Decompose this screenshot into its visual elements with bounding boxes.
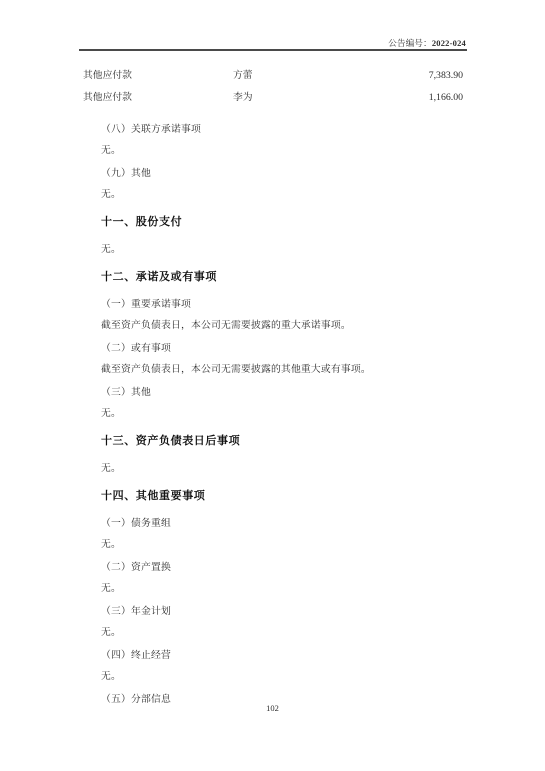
paragraph: 无。 xyxy=(101,534,481,555)
payable-item-cell: 其他应付款 xyxy=(83,65,233,87)
sub-heading: （三）其他 xyxy=(101,382,481,403)
paragraph: 无。 xyxy=(101,239,481,260)
header-rule xyxy=(79,49,467,51)
page-number: 102 xyxy=(0,703,545,713)
table-row: 其他应付款 方蕾 7,383.90 xyxy=(83,65,463,87)
payable-amount-cell: 7,383.90 xyxy=(383,65,463,87)
announcement-number: 公告编号：2022-024 xyxy=(388,37,466,49)
paragraph: 无。 xyxy=(101,458,481,479)
payable-person-cell: 方蕾 xyxy=(233,65,383,87)
sub-heading: （四）终止经营 xyxy=(101,645,481,666)
sub-heading: （三）年金计划 xyxy=(101,601,481,622)
sub-heading: （九）其他 xyxy=(101,163,481,184)
paragraph: 无。 xyxy=(101,140,481,161)
announcement-number-value: 2022-024 xyxy=(432,38,466,48)
payable-person-cell: 李为 xyxy=(233,87,383,109)
paragraph: 无。 xyxy=(101,622,481,643)
sub-heading: （一）债务重组 xyxy=(101,513,481,534)
section-heading: 十一、股份支付 xyxy=(101,212,481,233)
sub-heading: （一）重要承诺事项 xyxy=(101,294,481,315)
section-heading: 十二、承诺及或有事项 xyxy=(101,267,481,288)
paragraph: 无。 xyxy=(101,403,481,424)
related-party-payables-table: 其他应付款 方蕾 7,383.90 其他应付款 李为 1,166.00 xyxy=(83,65,463,109)
announcement-number-label: 公告编号： xyxy=(388,38,432,48)
payable-item-cell: 其他应付款 xyxy=(83,87,233,109)
paragraph: 无。 xyxy=(101,184,481,205)
sub-heading: （八）关联方承诺事项 xyxy=(101,119,481,140)
section-heading: 十四、其他重要事项 xyxy=(101,486,481,507)
section-heading: 十三、资产负债表日后事项 xyxy=(101,431,481,452)
payable-amount-cell: 1,166.00 xyxy=(383,87,463,109)
paragraph: 无。 xyxy=(101,666,481,687)
paragraph: 截至资产负债表日，本公司无需要披露的其他重大或有事项。 xyxy=(101,359,481,380)
document-body: （八）关联方承诺事项 无。 （九）其他 无。 十一、股份支付 无。 十二、承诺及… xyxy=(101,117,481,710)
sub-heading: （二）或有事项 xyxy=(101,338,481,359)
paragraph: 无。 xyxy=(101,578,481,599)
document-page: 公告编号：2022-024 其他应付款 方蕾 7,383.90 其他应付款 李为… xyxy=(0,0,545,771)
paragraph: 截至资产负债表日，本公司无需要披露的重大承诺事项。 xyxy=(101,315,481,336)
sub-heading: （二）资产置换 xyxy=(101,557,481,578)
table-row: 其他应付款 李为 1,166.00 xyxy=(83,87,463,109)
